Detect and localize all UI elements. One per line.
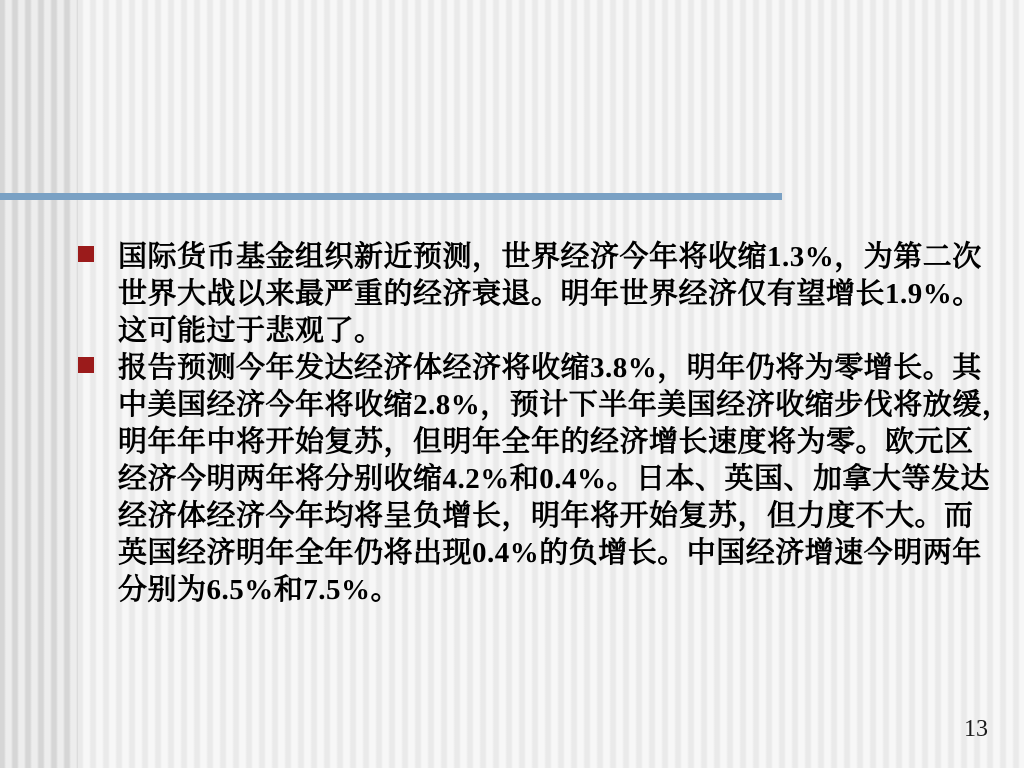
title-underline: [0, 193, 782, 200]
page-number: 13: [964, 714, 988, 744]
text-line: 经济今明两年将分别收缩4.2%和0.4%。日本、英国、加拿大等发达: [118, 461, 998, 498]
text-line: 国际货币基金组织新近预测，世界经济今年将收缩1.3%，为第二次: [118, 239, 998, 276]
text-line: 中美国经济今年将收缩2.8%，预计下半年美国经济收缩步伐将放缓，: [118, 387, 998, 424]
text-line: 报告预测今年发达经济体经济将收缩3.8%，明年仍将为零增长。其: [118, 350, 998, 387]
presentation-slide: 国际货币基金组织新近预测，世界经济今年将收缩1.3%，为第二次 世界大战以来最严…: [0, 0, 1024, 768]
slide-body-text: 国际货币基金组织新近预测，世界经济今年将收缩1.3%，为第二次 世界大战以来最严…: [78, 239, 998, 609]
text-line: 经济体经济今年均将呈负增长，明年将开始复苏，但力度不大。而: [118, 498, 998, 535]
left-stripe-band: [0, 0, 78, 768]
bullet-item: 国际货币基金组织新近预测，世界经济今年将收缩1.3%，为第二次 世界大战以来最严…: [78, 239, 998, 350]
text-line: 英国经济明年全年仍将出现0.4%的负增长。中国经济增速今明两年: [118, 535, 998, 572]
text-line: 世界大战以来最严重的经济衰退。明年世界经济仅有望增长1.9%。: [118, 276, 998, 313]
bullet-item: 报告预测今年发达经济体经济将收缩3.8%，明年仍将为零增长。其 中美国经济今年将…: [78, 350, 998, 609]
text-line: 这可能过于悲观了。: [118, 313, 998, 350]
text-line: 分别为6.5%和7.5%。: [118, 572, 998, 609]
text-line: 明年年中将开始复苏，但明年全年的经济增长速度将为零。欧元区: [118, 424, 998, 461]
bullet-square-icon: [78, 357, 94, 373]
bullet-square-icon: [78, 246, 94, 262]
